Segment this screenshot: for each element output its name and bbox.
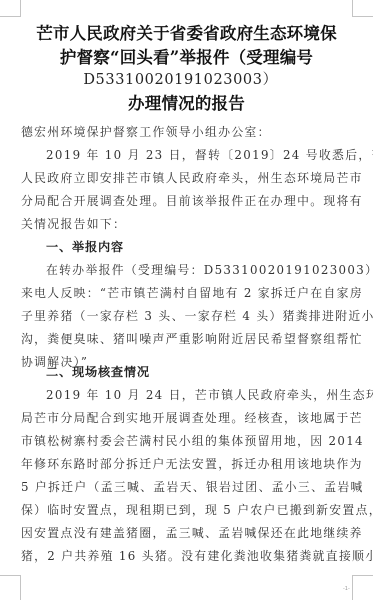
document-title-line-2: 护督察“回头看”举报件（受理编号: [0, 44, 373, 68]
section-2-line-6: 保）临时安置点，现租期已到，现 5 户农户已搬到新安置点，: [21, 501, 373, 518]
crop-mark-top-left-vertical: [20, 0, 21, 16]
section-1-line-1: 在转办举报件（受理编号：D53310020191023003）中，: [46, 261, 373, 278]
section-2-line-4: 年修环东路时部分拆迁户无法安置，拆迁办租用该地块作为: [21, 455, 363, 472]
addressee: 德宏州环境保护督察工作领导小组办公室：: [21, 123, 271, 140]
section-2-line-1: 2019 年 10 月 24 日，芒市镇人民政府牵头，州生态环境: [46, 386, 373, 403]
document-page: 芒市人民政府关于省委省政府生态环境保 护督察“回头看”举报件（受理编号 D533…: [0, 0, 373, 600]
crop-mark-top-right-horizontal: [352, 16, 373, 17]
section-2-line-8: 猪，2 户共养殖 16 头猪。没有建化粪池收集猪粪就直接顺小: [21, 547, 373, 564]
crop-mark-top-left-horizontal: [0, 16, 21, 17]
page-number: -1-: [343, 586, 350, 592]
section-2-line-7: 因安置点没有建盖猪圈，孟三喊、孟岩喊保还在此地继续养: [21, 524, 363, 541]
section-1-line-3: 子里养猪（一家存栏 3 头、一家存栏 4 头）猪粪排进附近小: [21, 307, 373, 324]
document-title-line-3: D53310020191023003）: [0, 68, 367, 89]
intro-line-4: 关情况报告如下：: [21, 215, 126, 232]
section-2-line-2: 局芒市分局配合到实地开展调查处理。经核查，该地属于芒: [21, 409, 363, 426]
section-1-line-4: 沟，粪便臭味、猪叫噪声严重影响附近居民希望督察组帮忙: [21, 330, 363, 347]
crop-mark-bottom-left-horizontal: [0, 575, 21, 576]
section-2-line-5: 5 户拆迁户（孟三喊、孟岩天、银岩过团、孟小三、孟岩喊: [21, 478, 364, 495]
intro-line-1: 2019 年 10 月 23 日，督转〔2019〕24 号收悉后，芒市: [46, 146, 373, 163]
crop-mark-top-right-vertical: [352, 0, 353, 16]
document-title-line-1: 芒市人民政府关于省委省政府生态环境保: [0, 20, 373, 44]
intro-line-2: 人民政府立即安排芒市镇人民政府牵头，州生态环境局芒市: [21, 169, 363, 186]
section-heading-site-inspection: 二、现场核查情况: [46, 363, 150, 380]
section-heading-report-content: 一、举报内容: [46, 238, 124, 255]
section-2-line-3: 市镇松树寨村委会芒满村民小组的集体预留用地，因 2014: [21, 432, 364, 449]
section-1-line-2: 来电人反映：“芒市镇芒满村自留地有 2 家拆迁户在自家房: [21, 284, 363, 301]
crop-mark-bottom-right-vertical: [352, 575, 353, 600]
crop-mark-bottom-right-horizontal: [352, 575, 373, 576]
crop-mark-bottom-left-vertical: [20, 575, 21, 600]
intro-line-3: 分局配合开展调查处理。目前该举报件正在办理中。现将有: [21, 192, 363, 209]
document-title-line-4: 办理情况的报告: [0, 90, 373, 114]
